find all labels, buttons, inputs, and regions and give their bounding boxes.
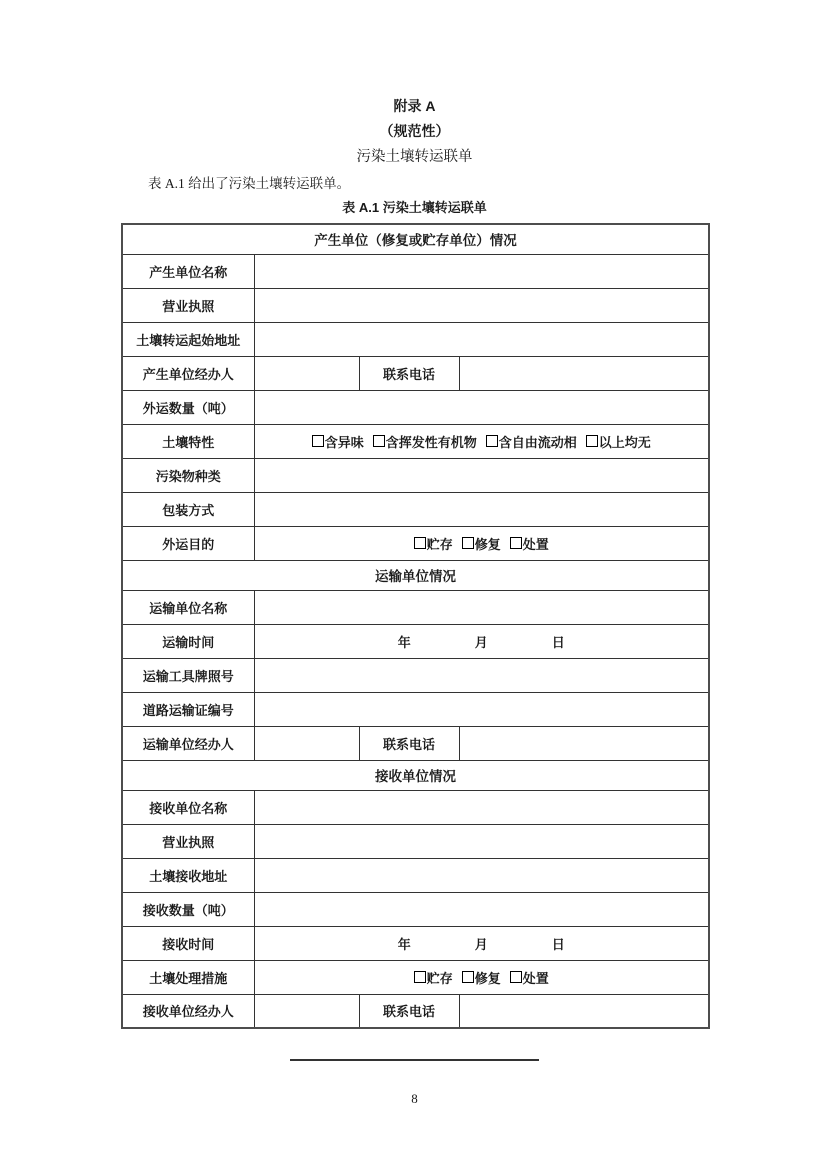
input-cell xyxy=(254,458,709,492)
table-caption: 表 A.1 污染土壤转运联单 xyxy=(121,199,708,217)
purpose-options: 贮存 修复 处置 xyxy=(254,526,709,560)
section-header-label: 接收单位情况 xyxy=(122,760,709,790)
input-cell xyxy=(254,590,709,624)
checkbox-option: 修复 xyxy=(462,968,501,987)
row-vehicle-plate: 运输工具牌照号 xyxy=(122,658,709,692)
checkbox-label: 以上均无 xyxy=(599,432,651,451)
row-outbound-quantity: 外运数量（吨） xyxy=(122,390,709,424)
row-origin-address: 土壤转运起始地址 xyxy=(122,322,709,356)
field-label: 包装方式 xyxy=(122,492,254,526)
date-unit-day: 日 xyxy=(552,934,565,953)
footnote-divider xyxy=(290,1059,539,1061)
field-label: 运输时间 xyxy=(122,624,254,658)
checkbox-empty-icon xyxy=(586,435,598,447)
checkbox-option: 含挥发性有机物 xyxy=(373,432,477,451)
input-cell xyxy=(254,790,709,824)
appendix-title: 附录 A xyxy=(121,96,708,116)
field-label: 外运数量（吨） xyxy=(122,390,254,424)
input-cell xyxy=(254,692,709,726)
checkbox-group: 贮存 修复 处置 xyxy=(255,968,709,987)
input-cell xyxy=(254,658,709,692)
field-label: 联系电话 xyxy=(359,356,459,390)
normative-label: （规范性） xyxy=(121,121,708,141)
input-cell xyxy=(254,492,709,526)
field-label: 产生单位名称 xyxy=(122,254,254,288)
row-soil-treatment: 土壤处理措施 贮存 修复 处置 xyxy=(122,960,709,994)
field-label: 接收单位经办人 xyxy=(122,994,254,1028)
checkbox-empty-icon xyxy=(462,537,474,549)
input-cell xyxy=(254,726,359,760)
checkbox-option: 处置 xyxy=(510,968,549,987)
checkbox-option: 以上均无 xyxy=(586,432,651,451)
field-label: 土壤处理措施 xyxy=(122,960,254,994)
section-header-label: 运输单位情况 xyxy=(122,560,709,590)
date-group: 年 月 日 xyxy=(255,934,709,953)
checkbox-empty-icon xyxy=(486,435,498,447)
checkbox-label: 含自由流动相 xyxy=(499,432,577,451)
row-receiver-agent: 接收单位经办人 联系电话 xyxy=(122,994,709,1028)
checkbox-option: 贮存 xyxy=(414,968,453,987)
section-header-receiver: 接收单位情况 xyxy=(122,760,709,790)
row-generator-name: 产生单位名称 xyxy=(122,254,709,288)
checkbox-group: 贮存 修复 处置 xyxy=(255,534,709,553)
intro-paragraph: 表 A.1 给出了污染土壤转运联单。 xyxy=(121,175,708,193)
input-cell xyxy=(254,322,709,356)
row-transporter-agent: 运输单位经办人 联系电话 xyxy=(122,726,709,760)
input-cell xyxy=(254,892,709,926)
row-road-permit: 道路运输证编号 xyxy=(122,692,709,726)
row-receive-quantity: 接收数量（吨） xyxy=(122,892,709,926)
appendix-subtitle: 污染土壤转运联单 xyxy=(121,147,708,167)
checkbox-label: 处置 xyxy=(523,534,549,553)
checkbox-label: 贮存 xyxy=(427,534,453,553)
document-page: 附录 A （规范性） 污染土壤转运联单 表 A.1 给出了污染土壤转运联单。 表… xyxy=(0,0,826,1169)
date-group: 年 月 日 xyxy=(255,632,709,651)
field-label: 污染物种类 xyxy=(122,458,254,492)
checkbox-option: 贮存 xyxy=(414,534,453,553)
page-number: 8 xyxy=(121,1091,708,1107)
checkbox-group: 含异味 含挥发性有机物 含自由流动相 以上均无 xyxy=(255,432,709,451)
checkbox-label: 修复 xyxy=(475,534,501,553)
input-cell xyxy=(254,356,359,390)
field-label: 接收单位名称 xyxy=(122,790,254,824)
input-cell xyxy=(254,824,709,858)
field-label: 运输单位经办人 xyxy=(122,726,254,760)
input-cell xyxy=(254,254,709,288)
checkbox-label: 修复 xyxy=(475,968,501,987)
input-cell xyxy=(254,288,709,322)
field-label: 接收时间 xyxy=(122,926,254,960)
checkbox-option: 处置 xyxy=(510,534,549,553)
date-unit-year: 年 xyxy=(398,632,411,651)
checkbox-option: 修复 xyxy=(462,534,501,553)
input-cell xyxy=(459,726,709,760)
row-receiver-name: 接收单位名称 xyxy=(122,790,709,824)
field-label: 营业执照 xyxy=(122,288,254,322)
row-receive-address: 土壤接收地址 xyxy=(122,858,709,892)
row-receiver-license: 营业执照 xyxy=(122,824,709,858)
checkbox-empty-icon xyxy=(414,971,426,983)
field-label: 营业执照 xyxy=(122,824,254,858)
checkbox-empty-icon xyxy=(414,537,426,549)
checkbox-empty-icon xyxy=(312,435,324,447)
input-cell xyxy=(459,356,709,390)
checkbox-label: 处置 xyxy=(523,968,549,987)
field-label: 土壤转运起始地址 xyxy=(122,322,254,356)
date-unit-month: 月 xyxy=(475,934,488,953)
manifest-table: 产生单位（修复或贮存单位）情况 产生单位名称 营业执照 土壤转运起始地址 产生单… xyxy=(121,223,710,1029)
field-label: 产生单位经办人 xyxy=(122,356,254,390)
checkbox-label: 含异味 xyxy=(325,432,364,451)
row-transport-time: 运输时间 年 月 日 xyxy=(122,624,709,658)
section-header-label: 产生单位（修复或贮存单位）情况 xyxy=(122,224,709,254)
row-receive-time: 接收时间 年 月 日 xyxy=(122,926,709,960)
field-label: 土壤接收地址 xyxy=(122,858,254,892)
section-header-transporter: 运输单位情况 xyxy=(122,560,709,590)
field-label: 联系电话 xyxy=(359,994,459,1028)
receive-date-cell: 年 月 日 xyxy=(254,926,709,960)
checkbox-empty-icon xyxy=(510,971,522,983)
field-label: 运输单位名称 xyxy=(122,590,254,624)
page-content: 附录 A （规范性） 污染土壤转运联单 表 A.1 给出了污染土壤转运联单。 表… xyxy=(121,0,708,1107)
checkbox-empty-icon xyxy=(462,971,474,983)
row-generator-license: 营业执照 xyxy=(122,288,709,322)
checkbox-empty-icon xyxy=(510,537,522,549)
field-label: 道路运输证编号 xyxy=(122,692,254,726)
input-cell xyxy=(459,994,709,1028)
field-label: 联系电话 xyxy=(359,726,459,760)
field-label: 土壤特性 xyxy=(122,424,254,458)
date-unit-year: 年 xyxy=(398,934,411,953)
row-packaging: 包装方式 xyxy=(122,492,709,526)
section-header-generator: 产生单位（修复或贮存单位）情况 xyxy=(122,224,709,254)
row-generator-agent: 产生单位经办人 联系电话 xyxy=(122,356,709,390)
row-soil-character: 土壤特性 含异味 含挥发性有机物 含自由流动相 以上均无 xyxy=(122,424,709,458)
input-cell xyxy=(254,994,359,1028)
checkbox-label: 贮存 xyxy=(427,968,453,987)
soil-character-options: 含异味 含挥发性有机物 含自由流动相 以上均无 xyxy=(254,424,709,458)
row-pollutant-type: 污染物种类 xyxy=(122,458,709,492)
field-label: 接收数量（吨） xyxy=(122,892,254,926)
treatment-options: 贮存 修复 处置 xyxy=(254,960,709,994)
transport-date-cell: 年 月 日 xyxy=(254,624,709,658)
checkbox-option: 含自由流动相 xyxy=(486,432,577,451)
input-cell xyxy=(254,390,709,424)
field-label: 外运目的 xyxy=(122,526,254,560)
row-outbound-purpose: 外运目的 贮存 修复 处置 xyxy=(122,526,709,560)
field-label: 运输工具牌照号 xyxy=(122,658,254,692)
date-unit-month: 月 xyxy=(475,632,488,651)
checkbox-option: 含异味 xyxy=(312,432,364,451)
checkbox-label: 含挥发性有机物 xyxy=(386,432,477,451)
input-cell xyxy=(254,858,709,892)
row-transporter-name: 运输单位名称 xyxy=(122,590,709,624)
checkbox-empty-icon xyxy=(373,435,385,447)
date-unit-day: 日 xyxy=(552,632,565,651)
